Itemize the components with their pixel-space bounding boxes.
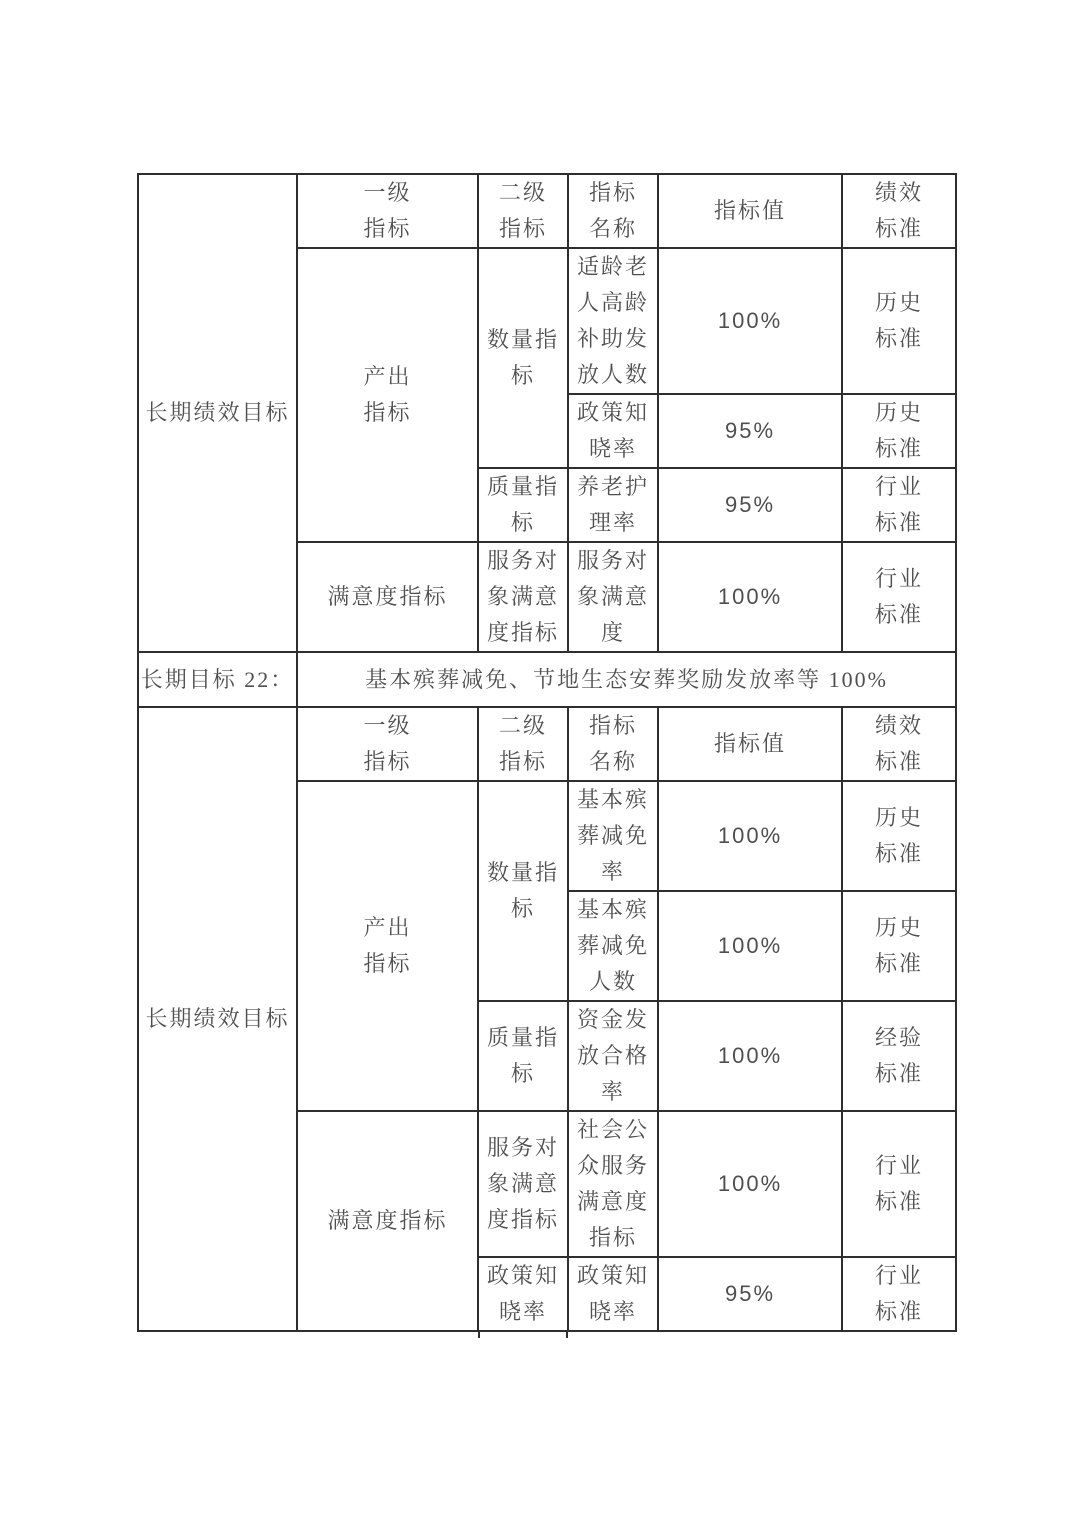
header-value-cell: 指标值 <box>658 174 842 248</box>
indicator-name-cell: 政策知 晓率 <box>568 1257 658 1331</box>
indicator-value-cell: 95% <box>658 468 842 542</box>
header-level2-cell: 二级 指标 <box>478 174 568 248</box>
indicator-value-cell: 95% <box>658 1257 842 1331</box>
indicator-value-cell: 100% <box>658 1001 842 1111</box>
level2-indicator-cell-pagebreak: 政策知 晓率 <box>478 1257 568 1331</box>
indicator-name-cell: 养老护 理率 <box>568 468 658 542</box>
goal-row: 长期目标 22： 基本殡葬减免、节地生态安葬奖励发放率等 100% <box>138 652 956 707</box>
indicator-value-cell: 100% <box>658 781 842 891</box>
row-label-cell: 长期绩效目标 <box>138 707 297 1331</box>
header-value-cell: 指标值 <box>658 707 842 781</box>
performance-standard-cell: 行业 标准 <box>842 542 956 652</box>
indicator-value-cell: 100% <box>658 542 842 652</box>
level1-indicator-cell: 产出 指标 <box>297 248 478 542</box>
performance-indicator-table: 长期绩效目标 一级 指标 二级 指标 指标 名称 指标值 绩效 标准 产出 指标… <box>137 173 957 1332</box>
header-name-cell: 指标 名称 <box>568 174 658 248</box>
goal-content-cell: 基本殡葬减免、节地生态安葬奖励发放率等 100% <box>297 652 956 707</box>
table-row: 长期绩效目标 一级 指标 二级 指标 指标 名称 指标值 绩效 标准 <box>138 174 956 248</box>
performance-standard-cell: 行业 标准 <box>842 1257 956 1331</box>
performance-standard-cell: 行业 标准 <box>842 1111 956 1257</box>
performance-standard-cell: 历史 标准 <box>842 781 956 891</box>
indicator-name-cell: 服务对 象满意 度 <box>568 542 658 652</box>
header-level1-cell: 一级 指标 <box>297 707 478 781</box>
row-label-cell: 长期绩效目标 <box>138 174 297 652</box>
header-standard-cell: 绩效 标准 <box>842 707 956 781</box>
level2-indicator-cell: 质量指 标 <box>478 1001 568 1111</box>
indicator-name-cell: 政策知 晓率 <box>568 394 658 468</box>
indicator-value-cell: 100% <box>658 248 842 394</box>
level2-indicator-cell: 服务对 象满意 度指标 <box>478 1111 568 1257</box>
level2-indicator-cell: 数量指 标 <box>478 248 568 468</box>
header-level2-cell: 二级 指标 <box>478 707 568 781</box>
level2-indicator-cell: 数量指 标 <box>478 781 568 1001</box>
performance-standard-cell: 历史 标准 <box>842 394 956 468</box>
level1-indicator-cell: 满意度指标 <box>297 1111 478 1331</box>
header-name-cell: 指标 名称 <box>568 707 658 781</box>
level1-indicator-cell: 满意度指标 <box>297 542 478 652</box>
indicator-name-cell: 适龄老 人高龄 补助发 放人数 <box>568 248 658 394</box>
header-standard-cell: 绩效 标准 <box>842 174 956 248</box>
header-level1-cell: 一级 指标 <box>297 174 478 248</box>
table-row: 长期绩效目标 一级 指标 二级 指标 指标 名称 指标值 绩效 标准 <box>138 707 956 781</box>
indicator-value-cell: 100% <box>658 1111 842 1257</box>
goal-label-cell: 长期目标 22： <box>138 652 297 707</box>
indicator-name-cell: 基本殡 葬减免 率 <box>568 781 658 891</box>
performance-standard-cell: 经验 标准 <box>842 1001 956 1111</box>
level2-indicator-cell: 服务对 象满意 度指标 <box>478 542 568 652</box>
document-page: 长期绩效目标 一级 指标 二级 指标 指标 名称 指标值 绩效 标准 产出 指标… <box>0 0 1074 1520</box>
indicator-name-cell: 资金发 放合格 率 <box>568 1001 658 1111</box>
indicator-value-cell: 95% <box>658 394 842 468</box>
level2-indicator-cell: 质量指 标 <box>478 468 568 542</box>
performance-standard-cell: 历史 标准 <box>842 248 956 394</box>
performance-standard-cell: 历史 标准 <box>842 891 956 1001</box>
performance-standard-cell: 行业 标准 <box>842 468 956 542</box>
indicator-value-cell: 100% <box>658 891 842 1001</box>
indicator-name-cell: 基本殡 葬减免 人数 <box>568 891 658 1001</box>
level1-indicator-cell: 产出 指标 <box>297 781 478 1111</box>
indicator-name-cell: 社会公 众服务 满意度 指标 <box>568 1111 658 1257</box>
